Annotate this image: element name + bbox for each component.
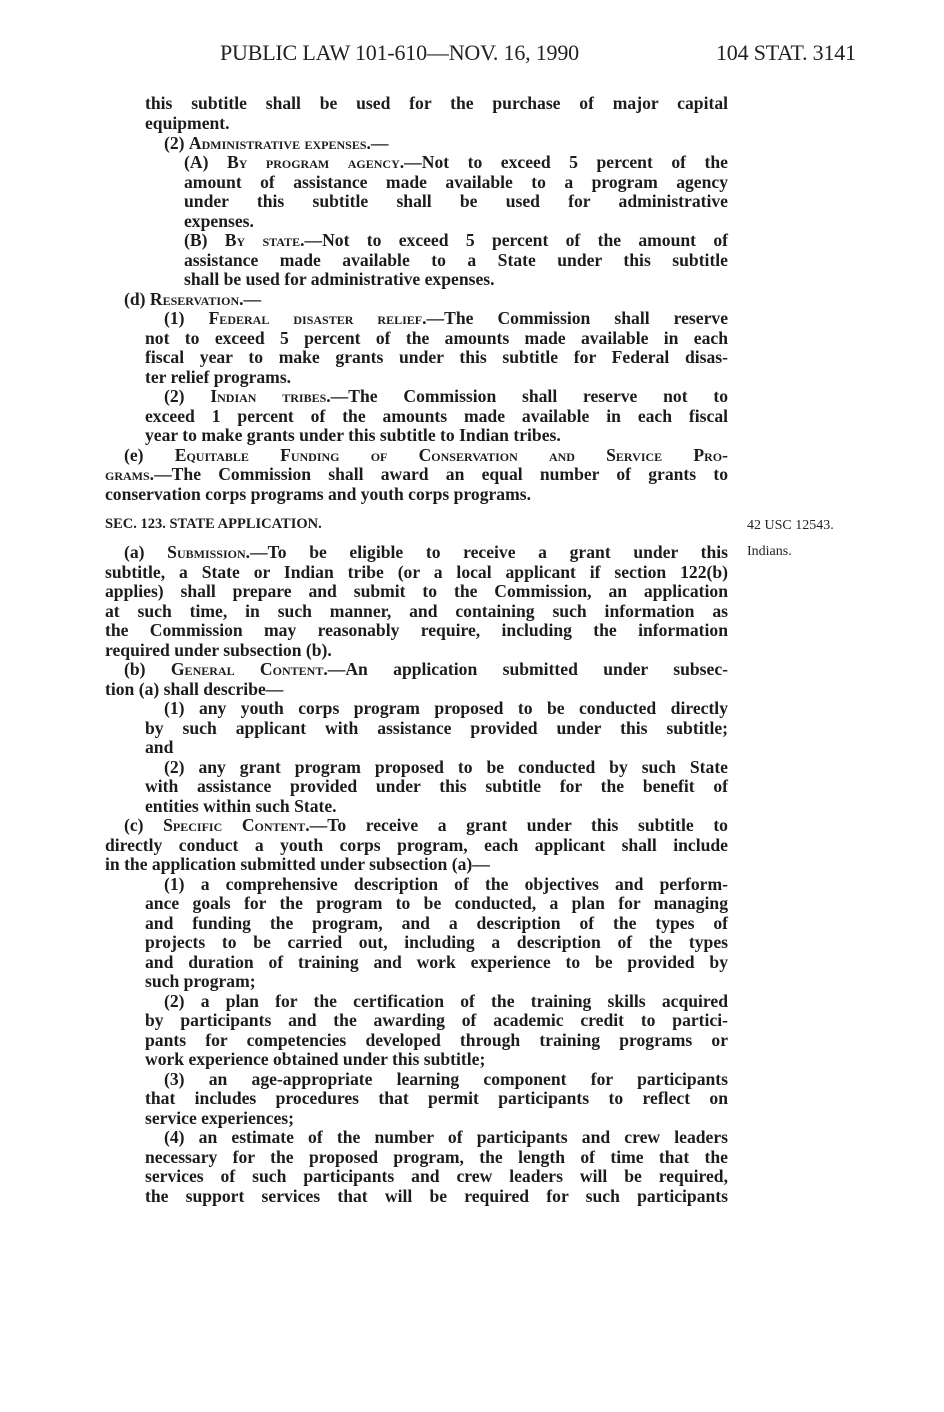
para-title: By program agency. — [227, 152, 404, 172]
para-title: By state. — [225, 230, 305, 250]
para-label: (2) — [164, 386, 210, 406]
para-text: —Not to exceed 5 percent of the — [404, 152, 728, 172]
subsection-d-heading: (d) Reservation.— — [124, 289, 728, 309]
text-line: pants for competencies developed through… — [145, 1030, 728, 1050]
running-title: PUBLIC LAW 101-610—NOV. 16, 1990 — [220, 40, 579, 66]
text-line: applies) shall prepare and submit to the… — [105, 581, 728, 601]
para-label: (B) — [184, 230, 225, 250]
text-line: projects to be carried out, including a … — [145, 932, 728, 952]
para-title: Equitable Funding of Conservation and Se… — [175, 445, 728, 465]
text-line: services of such participants and crew l… — [145, 1166, 728, 1186]
text-line: and duration of training and work experi… — [145, 952, 728, 972]
text-line: (4) an estimate of the number of partici… — [164, 1127, 728, 1147]
para-text: —An application submitted under subsec- — [328, 659, 728, 679]
text-line: work experience obtained under this subt… — [145, 1049, 728, 1069]
text-line: (1) any youth corps program proposed to … — [164, 698, 728, 718]
stat-page-number: 104 STAT. 3141 — [716, 40, 856, 66]
text-line: grams.—The Commission shall award an equ… — [105, 464, 728, 484]
paragraph-heading: (2) Administrative expenses.— — [164, 133, 728, 153]
para-label: (b) — [124, 659, 171, 679]
para-text: —To be eligible to receive a grant under… — [250, 542, 728, 562]
text-line: required under subsection (b). — [105, 640, 728, 660]
subsection-e: (e) Equitable Funding of Conservation an… — [124, 445, 728, 465]
text-line: year to make grants under this subtitle … — [145, 425, 728, 445]
para-title: Indian tribes. — [210, 386, 330, 406]
para-title: Federal disaster relief. — [209, 308, 427, 328]
para-label: (1) — [164, 308, 209, 328]
para-label: (2) — [164, 133, 189, 153]
para-label: (A) — [184, 152, 227, 172]
text-line: the Commission may reasonably require, i… — [105, 620, 728, 640]
text-line: entities within such State. — [145, 796, 728, 816]
para-text: —Not to exceed 5 percent of the amount o… — [304, 230, 728, 250]
para-text: —The Commission shall award an equal num… — [154, 464, 728, 484]
text-line: (3) an age-appropriate learning componen… — [164, 1069, 728, 1089]
margin-note-indians: Indians. — [747, 544, 792, 560]
subsection-c: (c) Specific Content.—To receive a grant… — [124, 815, 728, 835]
para-title: Administrative expenses.— — [189, 133, 389, 153]
text-line: exceed 1 percent of the amounts made ava… — [145, 406, 728, 426]
text-line: amount of assistance made available to a… — [184, 172, 728, 192]
margin-note-usc: 42 USC 12543. — [747, 518, 834, 534]
text-line: service experiences; — [145, 1108, 728, 1128]
text-line: by such applicant with assistance provid… — [145, 718, 728, 738]
section-heading: SEC. 123. STATE APPLICATION. — [105, 516, 322, 533]
para-title: Submission. — [167, 542, 250, 562]
para-title: General Content. — [171, 659, 328, 679]
text-line: ter relief programs. — [145, 367, 728, 387]
text-line: not to exceed 5 percent of the amounts m… — [145, 328, 728, 348]
para-title: grams. — [105, 464, 154, 484]
text-line: (2) any grant program proposed to be con… — [164, 757, 728, 777]
paragraph-2: (2) Indian tribes.—The Commission shall … — [164, 386, 728, 406]
text-line: fiscal year to make grants under this su… — [145, 347, 728, 367]
text-line: subtitle, a State or Indian tribe (or a … — [105, 562, 728, 582]
text-line: tion (a) shall describe— — [105, 679, 728, 699]
subsection-b: (b) General Content.—An application subm… — [124, 659, 728, 679]
para-title: Specific Content. — [163, 815, 310, 835]
text-line: that includes procedures that permit par… — [145, 1088, 728, 1108]
text-line: ance goals for the program to be conduct… — [145, 893, 728, 913]
text-line: (1) a comprehensive description of the o… — [164, 874, 728, 894]
text-line: equipment. — [145, 113, 728, 133]
subsection-a: (a) Submission.—To be eligible to receiv… — [124, 542, 728, 562]
text-line: directly conduct a youth corps program, … — [105, 835, 728, 855]
para-label: (a) — [124, 542, 167, 562]
text-line: and funding the program, and a descripti… — [145, 913, 728, 933]
text-line: with assistance provided under this subt… — [145, 776, 728, 796]
statute-page: PUBLIC LAW 101-610—NOV. 16, 1990 104 STA… — [0, 0, 944, 1412]
text-line: the support services that will be requir… — [145, 1186, 728, 1206]
para-label: (e) — [124, 445, 175, 465]
para-label: (d) — [124, 289, 150, 309]
subparagraph-b: (B) By state.—Not to exceed 5 percent of… — [184, 230, 728, 250]
text-line: conservation corps programs and youth co… — [105, 484, 728, 504]
text-line: (2) a plan for the certification of the … — [164, 991, 728, 1011]
para-text: —The Commission shall reserve — [427, 308, 729, 328]
para-text: —To receive a grant under this subtitle … — [310, 815, 728, 835]
text-line: under this subtitle shall be used for ad… — [184, 191, 728, 211]
text-line: this subtitle shall be used for the purc… — [145, 93, 728, 113]
paragraph-1: (1) Federal disaster relief.—The Commiss… — [164, 308, 728, 328]
para-title: Reservation.— — [150, 289, 261, 309]
text-line: shall be used for administrative expense… — [184, 269, 728, 289]
para-label: (c) — [124, 815, 163, 835]
text-line: such program; — [145, 971, 728, 991]
text-line: at such time, in such manner, and contai… — [105, 601, 728, 621]
text-line: by participants and the awarding of acad… — [145, 1010, 728, 1030]
subparagraph-a: (A) By program agency.—Not to exceed 5 p… — [184, 152, 728, 172]
text-line: expenses. — [184, 211, 728, 231]
text-line: necessary for the proposed program, the … — [145, 1147, 728, 1167]
text-line: in the application submitted under subse… — [105, 854, 728, 874]
text-line: assistance made available to a State und… — [184, 250, 728, 270]
para-text: —The Commission shall reserve not to — [331, 386, 728, 406]
text-line: and — [145, 737, 728, 757]
